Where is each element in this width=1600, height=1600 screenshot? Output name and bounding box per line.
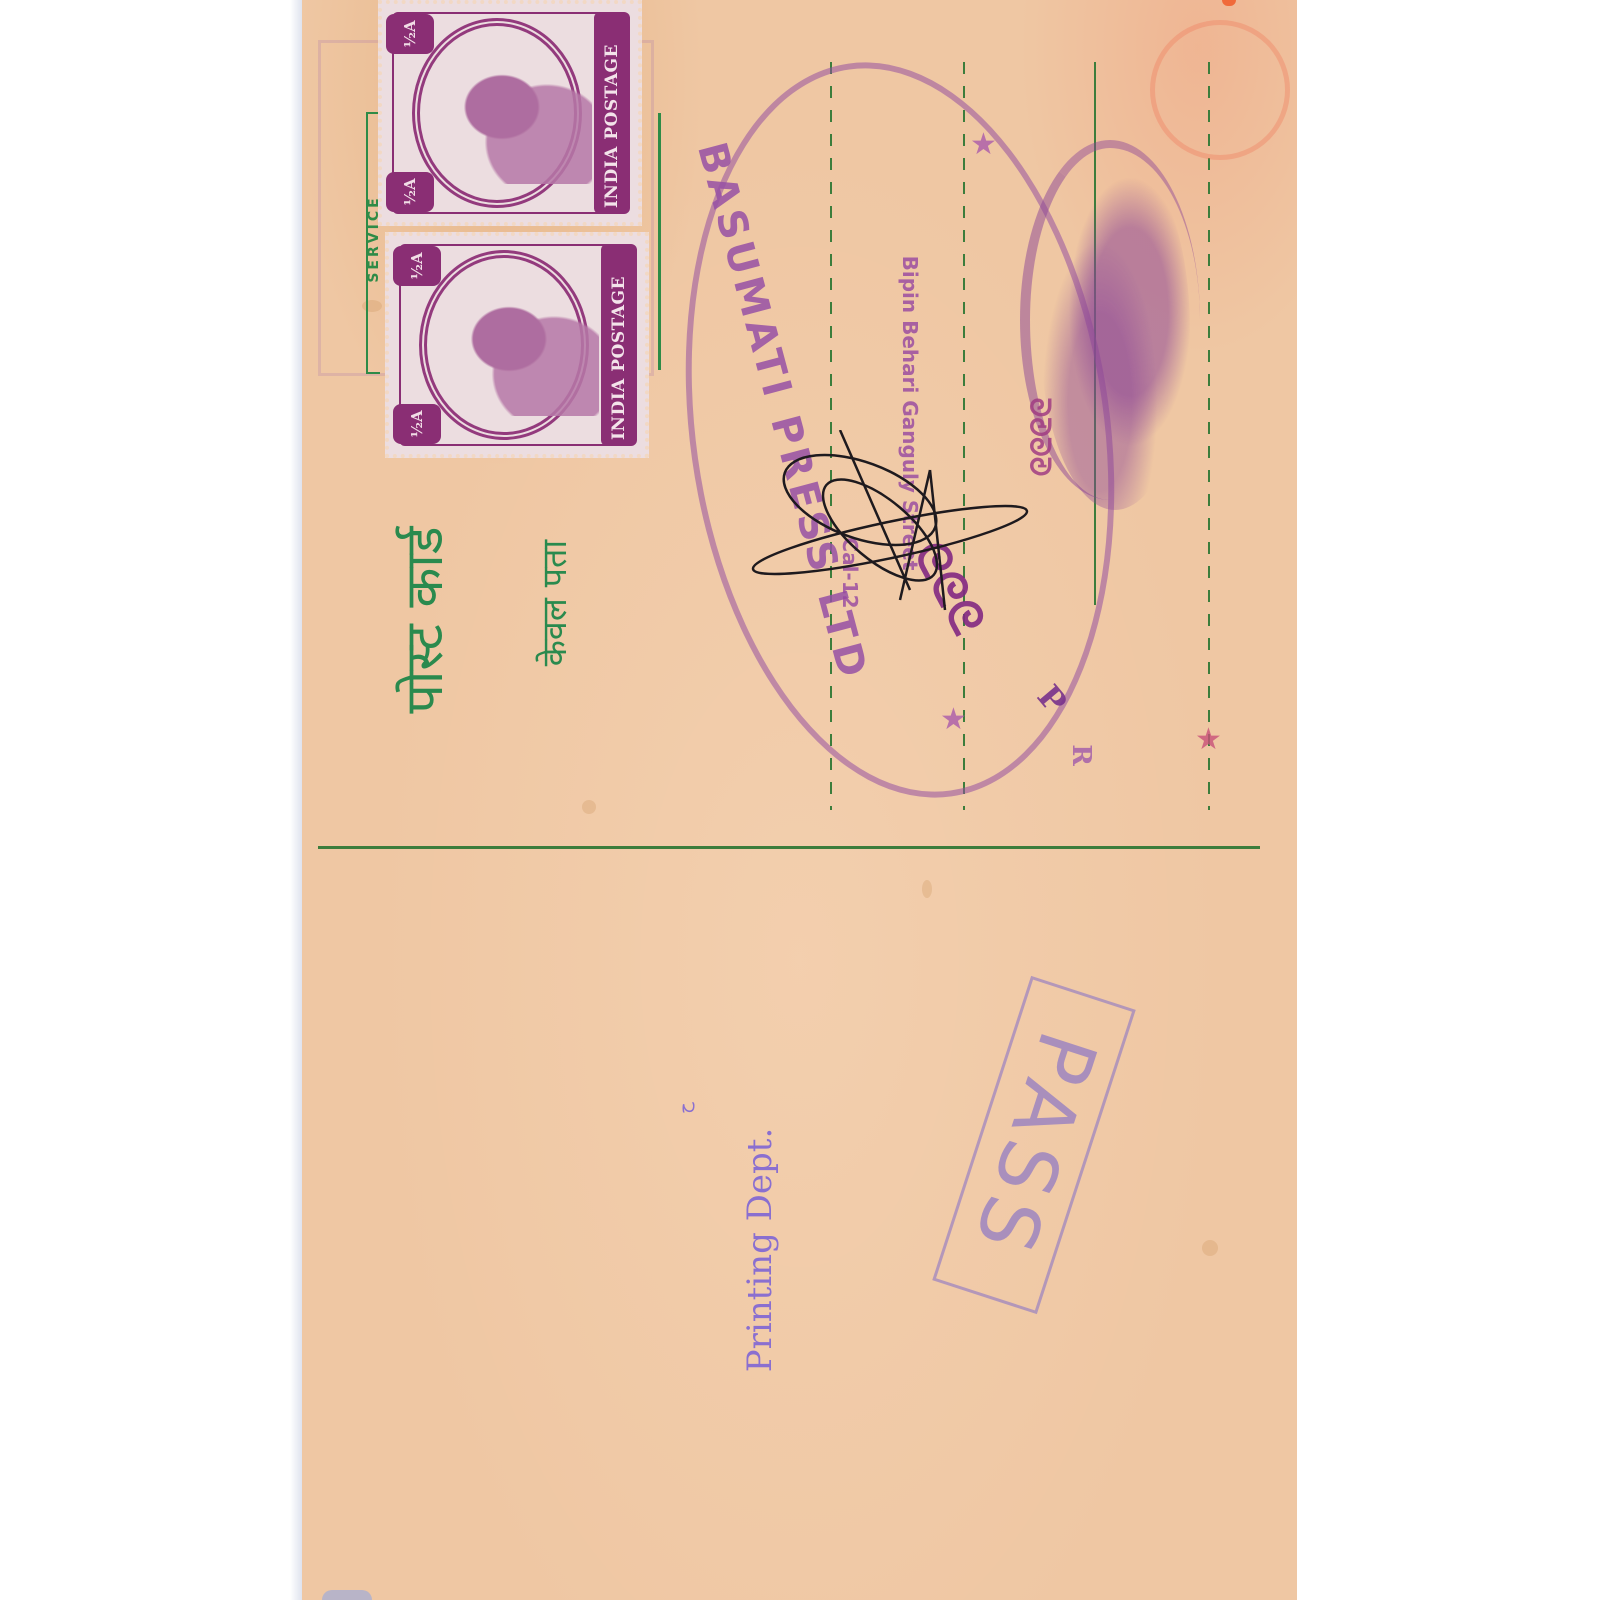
star-icon: ★ [970, 130, 997, 160]
stamp-label-bar: INDIA POSTAGE [601, 244, 637, 446]
postage-stamp: ½A ½A INDIA POSTAGE [385, 232, 649, 458]
stamp-country: INDIA POSTAGE [601, 268, 637, 448]
foxing-spot [582, 800, 596, 814]
foxing-spot [922, 880, 932, 898]
smudged-postmark [1040, 150, 1190, 510]
ink-blot [322, 1590, 372, 1600]
postcard-title: पोस्ट कार्ड [390, 450, 460, 790]
stamp-value: ½A [386, 172, 434, 212]
postage-stamp: ½A ½A INDIA POSTAGE [378, 0, 642, 226]
department-mark: ح [674, 1088, 694, 1128]
star-icon: ★ [940, 705, 967, 735]
foxing-spot [1202, 1240, 1218, 1256]
panel-divider [318, 846, 1260, 849]
department-stamp: Printing Dept. [735, 1080, 785, 1420]
handwritten-mark-r: R [1066, 744, 1096, 766]
stamp-country: INDIA POSTAGE [594, 36, 630, 216]
indicium-frame-edge [658, 113, 661, 370]
stamp-value: ½A [393, 246, 441, 286]
orange-postmark [1150, 20, 1290, 160]
stamp-value: ½A [386, 14, 434, 54]
address-only-label: केवल पता [532, 503, 578, 703]
king-portrait-icon [449, 276, 599, 416]
stamp-label-bar: INDIA POSTAGE [594, 12, 630, 214]
king-portrait-icon [442, 44, 592, 184]
address-line [1208, 62, 1210, 810]
star-icon: ★ [1195, 725, 1222, 755]
stamp-value: ½A [393, 404, 441, 444]
signature-icon [740, 430, 1040, 620]
card-edge-shadow [290, 0, 302, 1600]
